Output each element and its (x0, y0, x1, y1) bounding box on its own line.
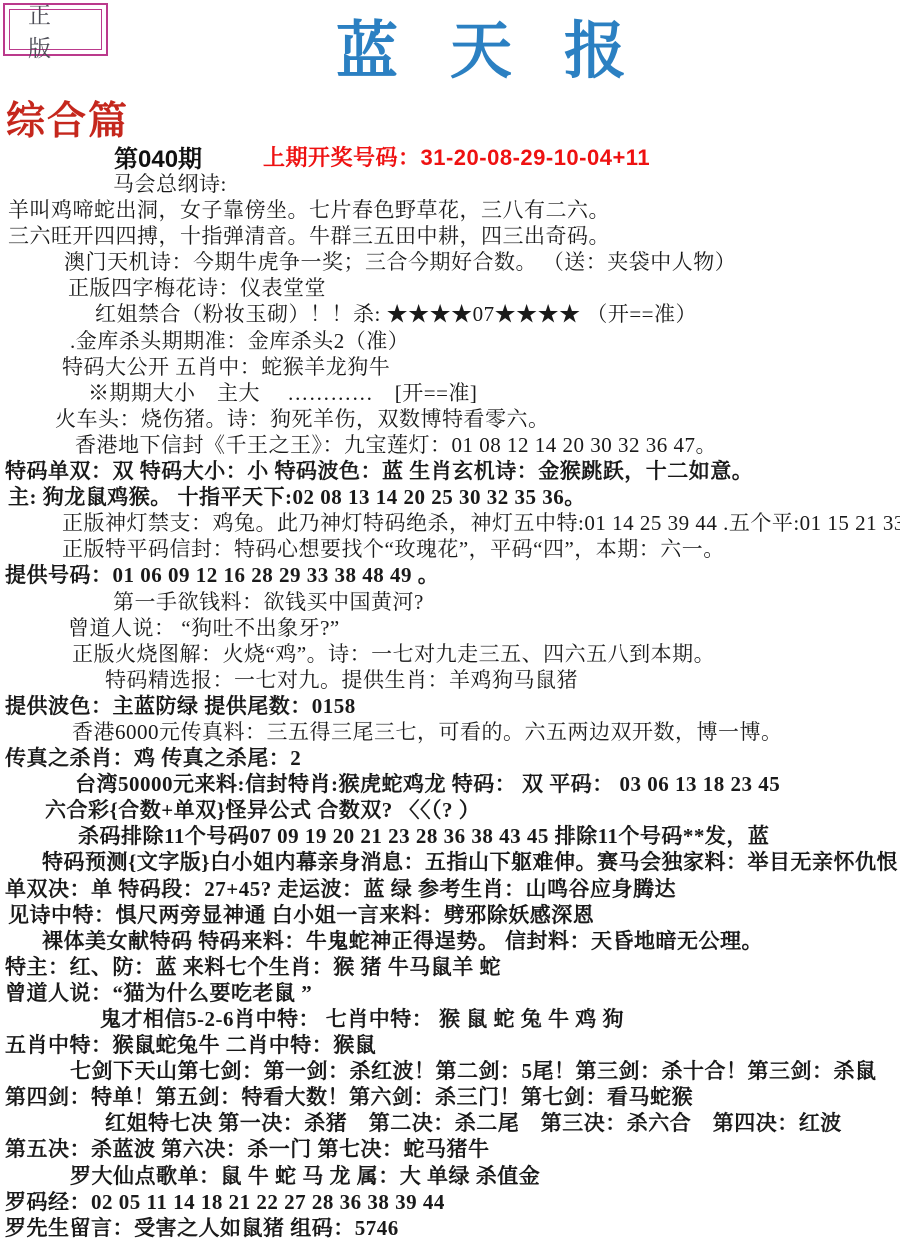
text-line: 马会总纲诗: (0, 171, 900, 197)
text-line: 澳门天机诗：今期牛虎争一奖；三合今期好合数。 （送：夹袋中人物） (0, 249, 900, 275)
text-line: 特码精选报：一七对九。提供生肖：羊鸡狗马鼠猪 (0, 667, 900, 693)
text-line: 罗码经：02 05 11 14 18 21 22 27 28 36 38 39 … (0, 1189, 900, 1215)
text-line: 裸体美女献特码 特码来料：牛鬼蛇神正得逞势。 信封料：天昏地暗无公理。 (0, 928, 900, 954)
text-line: ※期期大小 主大 ………… [开==准] (0, 380, 900, 406)
text-line: 正版特平码信封：特码心想要找个“玫瑰花”，平码“四”，本期：六一。 (0, 536, 900, 562)
text-line: 提供波色：主蓝防绿 提供尾数：0158 (0, 693, 900, 719)
text-line: 特码大公开 五肖中：蛇猴羊龙狗牛 (0, 354, 900, 380)
authenticity-badge-label: 正 版 (9, 9, 102, 50)
text-line: 五肖中特：猴鼠蛇兔牛 二肖中特：猴鼠 (0, 1032, 900, 1058)
text-line: 正版神灯禁支：鸡兔。此乃神灯特码绝杀，神灯五中特:01 14 25 39 44 … (0, 510, 900, 536)
text-line: 第一手欲钱料：欲钱买中国黄河? (0, 589, 900, 615)
text-line: 香港地下信封《千王之王》：九宝莲灯：01 08 12 14 20 30 32 3… (0, 432, 900, 458)
issue-number: 第040期 (114, 139, 202, 174)
newspaper-page: 正 版 蓝天报 综合篇 第040期 上期开奖号码：31-20-08-29-10-… (0, 0, 900, 1243)
text-line: 香港6000元传真料：三五得三尾三七，可看的。六五两边双开数，博一博。 (0, 719, 900, 745)
text-line: 主: 狗龙鼠鸡猴。 十指平天下:02 08 13 14 20 25 30 32 … (0, 484, 900, 510)
text-line: 六合彩{合数+单双}怪异公式 合数双? 〈〈（? ） (0, 797, 900, 823)
text-line: 红姐特七决 第一决：杀猪 第二决：杀二尾 第三决：杀六合 第四决：红波 (0, 1110, 900, 1136)
text-line: 红姐禁合（粉妆玉砌）！！杀: ★★★★07★★★★ （开==准） (0, 301, 900, 327)
text-line: 特码预测{文字版}白小姐内幕亲身消息：五指山下躯难伸。赛马会独家料：举目无亲怀仇… (0, 849, 900, 875)
text-line: 杀码排除11个号码07 09 19 20 21 23 28 36 38 43 4… (0, 823, 900, 849)
text-line: 提供号码：01 06 09 12 16 28 29 33 38 48 49 。 (0, 562, 900, 588)
text-line: 第四剑：特单！第五剑：特看大数！第六剑：杀三门！第七剑：看马蛇猴 (0, 1084, 900, 1110)
authenticity-badge: 正 版 (3, 3, 108, 56)
text-line: 罗大仙点歌单：鼠 牛 蛇 马 龙 属：大 单绿 杀值金 (0, 1163, 900, 1189)
text-line: 曾道人说： “狗吐不出象牙?” (0, 615, 900, 641)
text-line: 单双决：单 特码段：27+45? 走运波：蓝 绿 参考生肖：山鸣谷应身腾达 (0, 876, 900, 902)
text-line: 特码单双：双 特码大小：小 特码波色：蓝 生肖玄机诗：金猴跳跃，十二如意。 (0, 458, 900, 484)
text-line: .金库杀头期期准：金库杀头2（准） (0, 328, 900, 354)
text-line: 见诗中特：惧尺两旁显神通 白小姐一言来料：劈邪除妖感深恩 (0, 902, 900, 928)
section-title: 综合篇 (6, 90, 129, 146)
text-line: 三六旺开四四搏，十指弹清音。牛群三五田中耕，四三出奇码。 (0, 223, 900, 249)
text-line: 火车头：烧伤猪。诗：狗死羊伤，双数博特看零六。 (0, 406, 900, 432)
text-line: 羊叫鸡啼蛇出洞，女子靠傍坐。七片春色野草花，三八有二六。 (0, 197, 900, 223)
text-line: 罗先生留言：受害之人如鼠猪 组码：5746 (0, 1215, 900, 1241)
content-lines: 马会总纲诗:羊叫鸡啼蛇出洞，女子靠傍坐。七片春色野草花，三八有二六。三六旺开四四… (0, 171, 900, 1241)
last-draw-numbers: 上期开奖号码：31-20-08-29-10-04+11 (263, 141, 650, 172)
text-line: 台湾50000元来料:信封特肖:猴虎蛇鸡龙 特码： 双 平码： 03 06 13… (0, 771, 900, 797)
text-line: 鬼才相信5-2-6肖中特： 七肖中特： 猴 鼠 蛇 兔 牛 鸡 狗 (0, 1006, 900, 1032)
text-line: 曾道人说：“猫为什么要吃老鼠 ” (0, 980, 900, 1006)
text-line: 正版火烧图解：火烧“鸡”。诗：一七对九走三五、四六五八到本期。 (0, 641, 900, 667)
text-line: 第五决：杀蓝波 第六决：杀一门 第七决：蛇马猪牛 (0, 1136, 900, 1162)
text-line: 正版四字梅花诗：仪表堂堂 (0, 275, 900, 301)
text-line: 传真之杀肖：鸡 传真之杀尾：2 (0, 745, 900, 771)
text-line: 特主：红、防：蓝 来料七个生肖：猴 猪 牛马鼠羊 蛇 (0, 954, 900, 980)
paper-title: 蓝天报 (336, 12, 678, 92)
text-line: 七剑下天山第七剑：第一剑：杀红波！第二剑：5尾！第三剑：杀十合！第三剑：杀鼠 (0, 1058, 900, 1084)
